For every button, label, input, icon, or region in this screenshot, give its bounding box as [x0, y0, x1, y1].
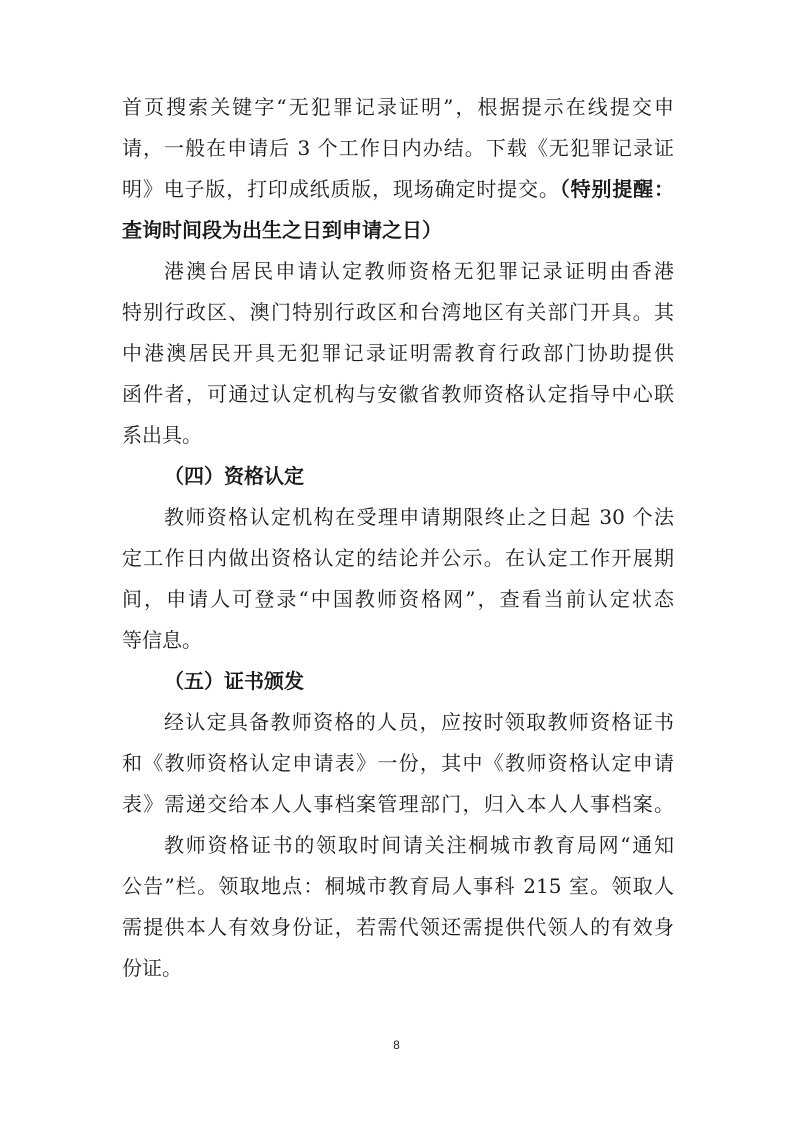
- paragraph-line: 首页搜索关键字“无犯罪记录证明”，根据提示在线提交申: [122, 92, 674, 122]
- paragraph-line: 特别行政区、澳门特别行政区和台湾地区有关部门开具。其: [122, 297, 674, 327]
- paragraph-line: 中港澳居民开具无犯罪记录证明需教育行政部门协助提供: [122, 338, 674, 368]
- paragraph-line: 教师资格认定机构在受理申请期限终止之日起 30 个法: [164, 502, 674, 532]
- paragraph-line: 函件者，可通过认定机构与安徽省教师资格认定指导中心联: [122, 379, 674, 409]
- paragraph-line: 定工作日内做出资格认定的结论并公示。在认定工作开展期: [122, 543, 674, 573]
- paragraph-line: 港澳台居民申请认定教师资格无犯罪记录证明由香港: [164, 256, 674, 286]
- paragraph-line: 请，一般在申请后 3 个工作日内办结。下载《无犯罪记录证: [122, 133, 674, 163]
- document-page: 首页搜索关键字“无犯罪记录证明”，根据提示在线提交申 请，一般在申请后 3 个工…: [0, 0, 793, 1122]
- paragraph-line: 表》需递交给本人人事档案管理部门，归入本人人事档案。: [122, 789, 674, 819]
- paragraph-line: 和《教师资格认定申请表》一份，其中《教师资格认定申请: [122, 748, 674, 778]
- page-number: 8: [0, 1038, 793, 1052]
- paragraph-line: 等信息。: [122, 625, 674, 655]
- paragraph-line: 系出具。: [122, 420, 674, 450]
- special-reminder-label: （特别提醒：: [560, 177, 674, 201]
- paragraph-text: 明》电子版，打印成纸质版，现场确定时提交。: [122, 177, 560, 201]
- paragraph-line: 教师资格证书的领取时间请关注桐城市教育局网“通知: [164, 830, 674, 860]
- paragraph-line: 公告”栏。领取地点：桐城市教育局人事科 215 室。领取人: [122, 871, 674, 901]
- paragraph-line: 需提供本人有效身份证，若需代领还需提供代领人的有效身: [122, 912, 674, 942]
- paragraph-line: 经认定具备教师资格的人员，应按时领取教师资格证书: [164, 707, 674, 737]
- paragraph-line-with-bold-note: 明》电子版，打印成纸质版，现场确定时提交。（特别提醒：: [122, 174, 674, 204]
- section-heading-certificate: （五）证书颁发: [164, 666, 564, 696]
- special-reminder-text: 查询时间段为出生之日到申请之日）: [122, 215, 674, 245]
- section-heading-qualification: （四）资格认定: [164, 461, 564, 491]
- paragraph-line: 份证。: [122, 953, 674, 983]
- paragraph-line: 间，申请人可登录“中国教师资格网”，查看当前认定状态: [122, 584, 674, 614]
